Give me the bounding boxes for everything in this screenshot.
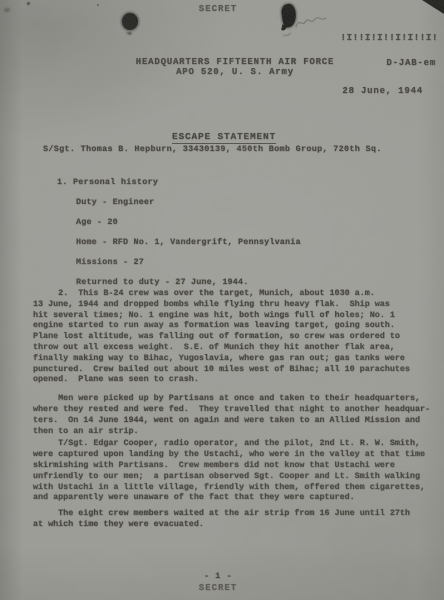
paragraph-crew-over-target: 2. This B-24 crew was over the target, M…: [33, 288, 438, 385]
paragraph-evacuation: The eight crew members waited at the air…: [33, 508, 438, 530]
document-title: ESCAPE STATEMENT: [172, 131, 276, 144]
scan-speck: [4, 8, 10, 12]
scan-speck: [97, 4, 99, 6]
date-line: 28 June, 1944: [342, 86, 423, 96]
stamp-row-clipped: !I!!I!I!!I!I!!I!: [340, 33, 438, 43]
scan-speck: [126, 32, 130, 34]
scanned-document-page: SECRET !I!!I!I!!I!I!!I! :AUTH: CO, 15AF:…: [0, 0, 444, 600]
scan-speck: [27, 2, 30, 5]
handwriting-squiggle: [294, 12, 328, 32]
personal-history-home: Home - RFD No. 1, Vandergrift, Pennsylva…: [76, 237, 301, 247]
subject-line: S/Sgt. Thomas B. Hepburn, 33430139, 450t…: [43, 144, 382, 154]
personal-history-missions: Missions - 27: [76, 257, 144, 267]
section-1-heading: 1. Personal history: [57, 177, 158, 187]
letterhead-line2: APO 520, U. S. Army: [13, 68, 444, 78]
punch-hole-left: [122, 13, 138, 30]
paragraph-picked-up-by-partisans: Men were picked up by Partisans at once …: [33, 393, 438, 436]
title-row: ESCAPE STATEMENT: [2, 126, 444, 144]
page-corner-fold: [422, 0, 444, 14]
personal-history-returned: Returned to duty - 27 June, 1944.: [76, 277, 248, 287]
page-number: - 1 -: [0, 571, 440, 581]
personal-history-age: Age - 20: [76, 217, 118, 227]
paragraph-cooper-smith-captured: T/Sgt. Edgar Cooper, radio operator, and…: [33, 438, 438, 503]
document-body: 2. This B-24 crew was over the target, M…: [33, 288, 438, 530]
reference-code: D-JAB-em: [386, 58, 436, 68]
classification-footer: SECRET: [0, 583, 440, 593]
letterhead: HEADQUARTERS FIFTEENTH AIR FORCE APO 520…: [13, 58, 444, 78]
personal-history-duty: Duty - Engineer: [76, 197, 154, 207]
